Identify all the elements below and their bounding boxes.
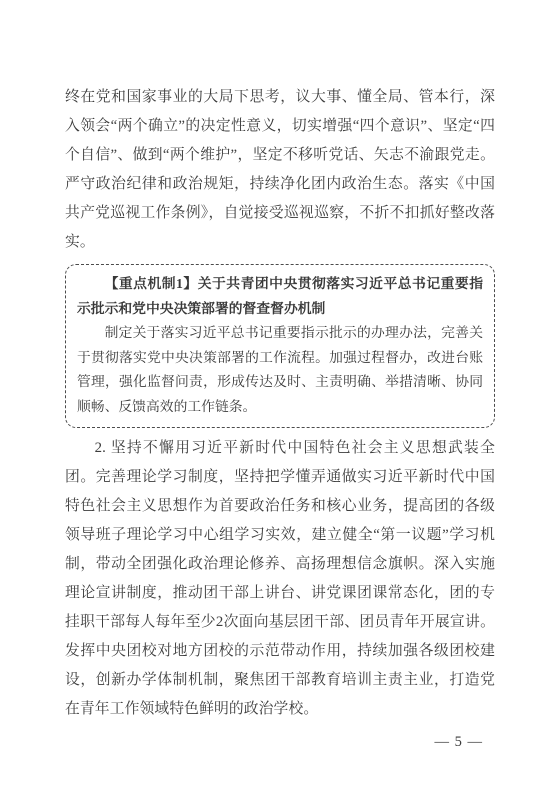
paragraph-2: 2. 坚持不懈用习近平新时代中国特色社会主义思想武装全团。完善理论学习制度，坚持… (65, 434, 495, 724)
key-mechanism-title: 【重点机制1】关于共青团中央贯彻落实习近平总书记重要指示批示和党中央决策部署的督… (77, 272, 483, 321)
key-mechanism-body: 制定关于落实习近平总书记重要指示批示的办理办法，完善关于贯彻落实党中央决策部署的… (77, 321, 483, 419)
key-mechanism-box: 【重点机制1】关于共青团中央贯彻落实习近平总书记重要指示批示和党中央决策部署的督… (65, 264, 495, 428)
text-content: 终在党和国家事业的大局下思考，议大事、懂全局、管本行，深入领会“两个确立”的决定… (65, 83, 495, 754)
page-number: — 5 — (65, 730, 483, 754)
document-page: 终在党和国家事业的大局下思考，议大事、懂全局、管本行，深入领会“两个确立”的决定… (0, 0, 558, 793)
paragraph-continuation: 终在党和国家事业的大局下思考，议大事、懂全局、管本行，深入领会“两个确立”的决定… (65, 83, 495, 257)
